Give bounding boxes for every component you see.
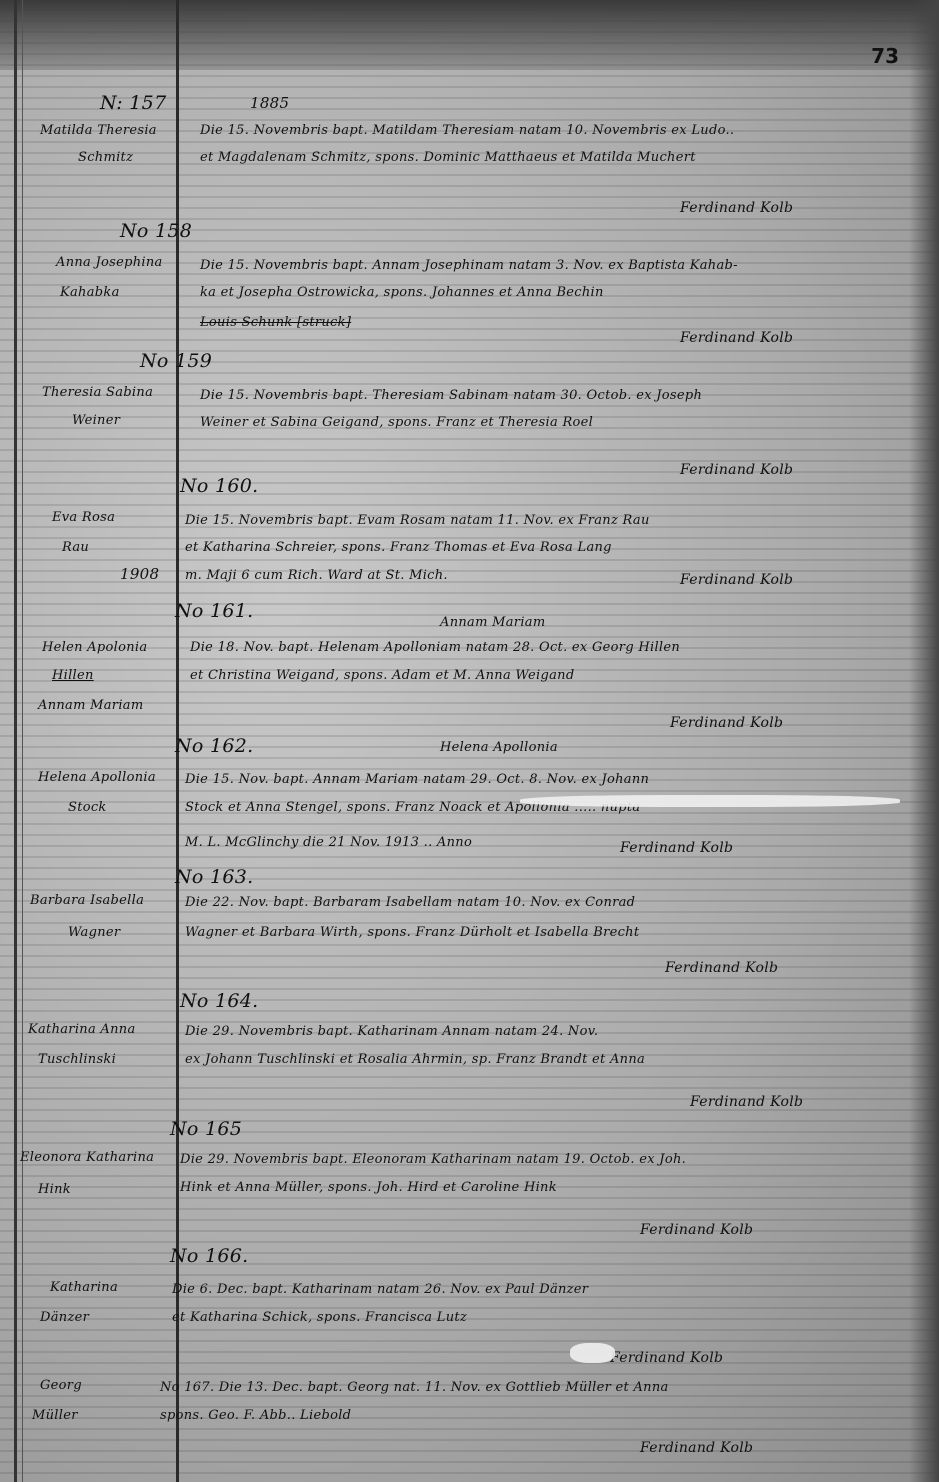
margin-name: Tuschlinski — [38, 1052, 116, 1067]
margin-name: Hillen — [52, 668, 94, 683]
entry-number: No 161. — [175, 600, 254, 622]
signature: Ferdinand Kolb — [665, 960, 778, 976]
entry-line: Weiner et Sabina Geigand, spons. Franz e… — [200, 415, 593, 430]
signature: Ferdinand Kolb — [670, 715, 783, 731]
entry-line: Die 18. Nov. bapt. Helenam Apolloniam na… — [190, 640, 680, 655]
entry-line: Die 15. Nov. bapt. Annam Mariam natam 29… — [185, 772, 649, 787]
margin-name: Müller — [32, 1408, 78, 1423]
margin-name: Wagner — [68, 925, 120, 940]
entry-line: ex Johann Tuschlinski et Rosalia Ahrmin,… — [185, 1052, 645, 1067]
entry-line: Wagner et Barbara Wirth, spons. Franz Dü… — [185, 925, 639, 940]
paper-damage — [520, 795, 900, 807]
signature: Ferdinand Kolb — [640, 1440, 753, 1456]
margin-name: Theresia Sabina — [42, 385, 153, 400]
entry-number: No 163. — [175, 866, 254, 888]
margin-name: Matilda Theresia — [40, 123, 157, 138]
entry-line: Die 6. Dec. bapt. Katharinam natam 26. N… — [172, 1282, 588, 1297]
margin-name: Katharina — [50, 1280, 118, 1295]
entry-line: et Katharina Schick, spons. Francisca Lu… — [172, 1310, 467, 1325]
entry-line: m. Maji 6 cum Rich. Ward at St. Mich. — [185, 568, 448, 583]
entry-line: No 167. Die 13. Dec. bapt. Georg nat. 11… — [160, 1380, 669, 1395]
struck-line: Louis Schunk [struck] — [200, 315, 351, 330]
margin-name: Schmitz — [78, 150, 133, 165]
margin-rule-inner — [22, 0, 23, 1482]
entry-number: No 159 — [140, 350, 212, 372]
entry-line: spons. Geo. F. Abb.. Liebold — [160, 1408, 351, 1423]
entry-number: No 158 — [120, 220, 192, 242]
margin-name: Eleonora Katharina — [20, 1150, 154, 1165]
entry-line: et Magdalenam Schmitz, spons. Dominic Ma… — [200, 150, 696, 165]
paper-damage — [570, 1343, 615, 1363]
scan-shadow-top — [0, 0, 939, 70]
margin-name: Rau — [62, 540, 89, 555]
margin-name: Georg — [40, 1378, 82, 1393]
entry-line: et Katharina Schreier, spons. Franz Thom… — [185, 540, 612, 555]
entry-line: Die 29. Novembris bapt. Eleonoram Kathar… — [180, 1152, 686, 1167]
register-page: 73 N: 157 1885 Matilda Theresia Schmitz … — [0, 0, 939, 1482]
margin-name: Kahabka — [60, 285, 120, 300]
entry-line: Die 15. Novembris bapt. Evam Rosam natam… — [185, 513, 650, 528]
signature: Ferdinand Kolb — [680, 462, 793, 478]
interlinear-insert: Annam Mariam — [440, 615, 545, 630]
signature: Ferdinand Kolb — [690, 1094, 803, 1110]
signature: Ferdinand Kolb — [680, 200, 793, 216]
margin-rule — [14, 0, 17, 1482]
entry-number: N: 157 — [100, 92, 166, 114]
entry-line: Die 15. Novembris bapt. Matildam Theresi… — [200, 123, 734, 138]
entry-line: Hink et Anna Müller, spons. Joh. Hird et… — [180, 1180, 557, 1195]
margin-year: 1908 — [120, 565, 159, 583]
entry-line: Die 15. Novembris bapt. Theresiam Sabina… — [200, 388, 702, 403]
entry-number: No 162. — [175, 735, 254, 757]
margin-name: Hink — [38, 1182, 71, 1197]
signature: Ferdinand Kolb — [620, 840, 733, 856]
entry-line: Die 29. Novembris bapt. Katharinam Annam… — [185, 1024, 598, 1039]
interlinear-insert: Helena Apollonia — [440, 740, 558, 755]
margin-name: Stock — [68, 800, 107, 815]
signature: Ferdinand Kolb — [640, 1222, 753, 1238]
scan-shadow-right — [909, 0, 939, 1482]
entry-line: Die 15. Novembris bapt. Annam Josephinam… — [200, 258, 738, 273]
margin-name: Helena Apollonia — [38, 770, 156, 785]
page-number: 73 — [871, 44, 899, 68]
entry-line: M. L. McGlinchy die 21 Nov. 1913 .. Anno — [185, 835, 472, 850]
margin-name: Eva Rosa — [52, 510, 115, 525]
margin-name: Katharina Anna — [28, 1022, 136, 1037]
signature: Ferdinand Kolb — [610, 1350, 723, 1366]
margin-name: Helen Apolonia — [42, 640, 147, 655]
entry-line: ka et Josepha Ostrowicka, spons. Johanne… — [200, 285, 604, 300]
register-year: 1885 — [250, 94, 289, 112]
margin-name: Anna Josephina — [56, 255, 163, 270]
entry-number: No 160. — [180, 475, 259, 497]
entry-number: No 165 — [170, 1118, 242, 1140]
entry-line: Die 22. Nov. bapt. Barbaram Isabellam na… — [185, 895, 635, 910]
signature: Ferdinand Kolb — [680, 330, 793, 346]
margin-name: Dänzer — [40, 1310, 89, 1325]
margin-name: Annam Mariam — [38, 698, 143, 713]
margin-name: Weiner — [72, 413, 120, 428]
signature: Ferdinand Kolb — [680, 572, 793, 588]
entry-number: No 164. — [180, 990, 259, 1012]
margin-name: Barbara Isabella — [30, 893, 144, 908]
entry-line: et Christina Weigand, spons. Adam et M. … — [190, 668, 574, 683]
entry-number: No 166. — [170, 1245, 249, 1267]
